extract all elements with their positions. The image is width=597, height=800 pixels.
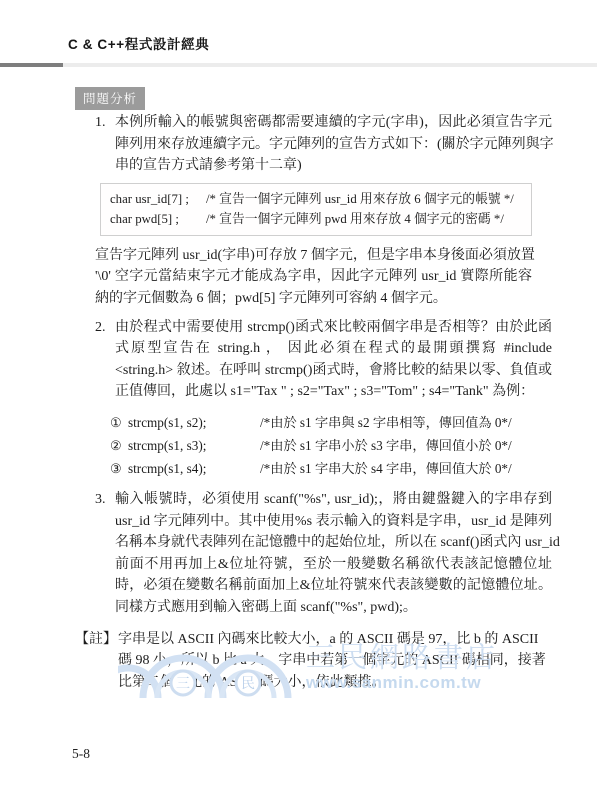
strcmp-comment: /*由於 s1 字串小於 s3 字串，傳回值小於 0*/ bbox=[260, 435, 545, 457]
text-line: 正值傳回，此處以 s1="Tax " ; s2="Tax" ; s3="Tom"… bbox=[115, 381, 552, 403]
note-text: 字串是以 ASCII 內碼來比較大小，a 的 ASCII 碼是 97，比 b 的… bbox=[118, 629, 532, 694]
text-line: 宣告字元陣列 usr_id(字串)可存放 7 個字元，但是字串本身後面必須放置 bbox=[95, 245, 532, 267]
note-block: 【註】 字串是以 ASCII 內碼來比較大小，a 的 ASCII 碼是 97，比… bbox=[75, 629, 545, 694]
strcmp-call: strcmp(s1, s3); bbox=[128, 435, 260, 457]
code-comment: /* 宣告一個字元陣列 usr_id 用來存放 6 個字元的帳號 */ bbox=[206, 189, 522, 209]
text-line: 由於程式中需要使用 strcmp()函式來比較兩個字串是否相等？由於此函 bbox=[115, 317, 552, 339]
page-content: 1. 本例所輸入的帳號與密碼都需要連續的字元(字串)，因此必須宣告字元陣列用來存… bbox=[75, 112, 545, 693]
code-block: char usr_id[7] ; /* 宣告一個字元陣列 usr_id 用來存放… bbox=[100, 183, 532, 236]
strcmp-call: strcmp(s1, s4); bbox=[128, 458, 260, 480]
code-declaration: char pwd[5] ; bbox=[110, 209, 206, 229]
list-item-1-text: 本例所輸入的帳號與密碼都需要連續的字元(字串)，因此必須宣告字元陣列用來存放連續… bbox=[115, 112, 552, 177]
text-line: 輸入帳號時，必須使用 scanf("%s", usr_id);，將由鍵盤鍵入的字… bbox=[115, 489, 552, 511]
section-badge: 問題分析 bbox=[75, 87, 145, 110]
text-line: 前面不用再加上&位址符號，至於一般變數名稱欲代表該記憶體位址 bbox=[115, 554, 552, 576]
text-line: <string.h> 敘述。在呼叫 strcmp()函式時，會將比較的結果以零、… bbox=[115, 360, 552, 382]
note-label: 【註】 bbox=[75, 629, 118, 694]
strcmp-comment: /*由於 s1 字串與 s2 字串相等，傳回值為 0*/ bbox=[260, 412, 545, 434]
page-number: 5-8 bbox=[72, 746, 90, 762]
strcmp-example-row: ② strcmp(s1, s3); /*由於 s1 字串小於 s3 字串，傳回值… bbox=[110, 435, 545, 457]
list-item-2: 2. 由於程式中需要使用 strcmp()函式來比較兩個字串是否相等？由於此函式… bbox=[75, 317, 545, 403]
circled-number-2: ② bbox=[110, 435, 128, 457]
code-declaration: char usr_id[7] ; bbox=[110, 189, 206, 209]
text-line: 陣列用來存放連續字元。字元陣列的宣告方式如下：(關於字元陣列與字 bbox=[115, 134, 552, 156]
code-line: char pwd[5] ; /* 宣告一個字元陣列 pwd 用來存放 4 個字元… bbox=[110, 209, 522, 229]
list-item-2-number: 2. bbox=[75, 317, 115, 403]
strcmp-example-list: ① strcmp(s1, s2); /*由於 s1 字串與 s2 字串相等，傳回… bbox=[110, 412, 545, 480]
text-line: '\0' 空字元當結束字元才能成為字串，因此字元陣列 usr_id 實際所能容 bbox=[95, 266, 532, 288]
code-line: char usr_id[7] ; /* 宣告一個字元陣列 usr_id 用來存放… bbox=[110, 189, 522, 209]
list-item-3-text: 輸入帳號時，必須使用 scanf("%s", usr_id);，將由鍵盤鍵入的字… bbox=[115, 489, 552, 619]
list-item-3-number: 3. bbox=[75, 489, 115, 619]
text-line: 名稱本身就代表陣列在記憶體中的起始位址，所以在 scanf()函式內 usr_i… bbox=[115, 532, 552, 554]
text-line: 本例所輸入的帳號與密碼都需要連續的字元(字串)，因此必須宣告字元 bbox=[115, 112, 552, 134]
list-item-1-number: 1. bbox=[75, 112, 115, 177]
book-page: C & C++程式設計經典 問題分析 1. 本例所輸入的帳號與密碼都需要連續的字… bbox=[0, 0, 597, 800]
strcmp-call: strcmp(s1, s2); bbox=[128, 412, 260, 434]
strcmp-example-row: ① strcmp(s1, s2); /*由於 s1 字串與 s2 字串相等，傳回… bbox=[110, 412, 545, 434]
text-line: 比第二個字元的 ASCII 碼大小，依此類推。 bbox=[118, 672, 532, 694]
header-rule-light bbox=[0, 63, 597, 67]
code-comment: /* 宣告一個字元陣列 pwd 用來存放 4 個字元的密碼 */ bbox=[206, 209, 522, 229]
text-line: 串的宣告方式請參考第十二章) bbox=[115, 155, 552, 177]
circled-number-1: ① bbox=[110, 412, 128, 434]
text-line: 字串是以 ASCII 內碼來比較大小，a 的 ASCII 碼是 97，比 b 的… bbox=[118, 629, 532, 651]
paragraph-after-code: 宣告字元陣列 usr_id(字串)可存放 7 個字元，但是字串本身後面必須放置'… bbox=[95, 245, 532, 310]
strcmp-example-row: ③ strcmp(s1, s4); /*由於 s1 字串大於 s4 字串，傳回值… bbox=[110, 458, 545, 480]
text-line: 同樣方式應用到輸入密碼上面 scanf("%s", pwd);。 bbox=[115, 597, 552, 619]
header-rule-dark bbox=[0, 63, 63, 67]
text-line: usr_id 字元陣列中。其中使用%s 表示輸入的資料是字串，usr_id 是陣… bbox=[115, 511, 552, 533]
text-line: 時，必須在變數名稱前面加上&位址符號來代表該變數的記憶體位址。 bbox=[115, 575, 552, 597]
text-line: 納的字元個數為 6 個；pwd[5] 字元陣列可容納 4 個字元。 bbox=[95, 288, 532, 310]
list-item-3: 3. 輸入帳號時，必須使用 scanf("%s", usr_id);，將由鍵盤鍵… bbox=[75, 489, 545, 619]
text-line: 式原型宣告在 string.h ， 因此必須在程式的最開頭撰寫 #include bbox=[115, 338, 552, 360]
list-item-1: 1. 本例所輸入的帳號與密碼都需要連續的字元(字串)，因此必須宣告字元陣列用來存… bbox=[75, 112, 545, 177]
book-title: C & C++程式設計經典 bbox=[68, 33, 209, 53]
list-item-2-text: 由於程式中需要使用 strcmp()函式來比較兩個字串是否相等？由於此函式原型宣… bbox=[115, 317, 552, 403]
circled-number-3: ③ bbox=[110, 458, 128, 480]
strcmp-comment: /*由於 s1 字串大於 s4 字串，傳回值大於 0*/ bbox=[260, 458, 545, 480]
text-line: 碼 98 小，所以 b 比 a 大。字串中若第一個字元的 ASCII 碼相同，接… bbox=[118, 650, 532, 672]
